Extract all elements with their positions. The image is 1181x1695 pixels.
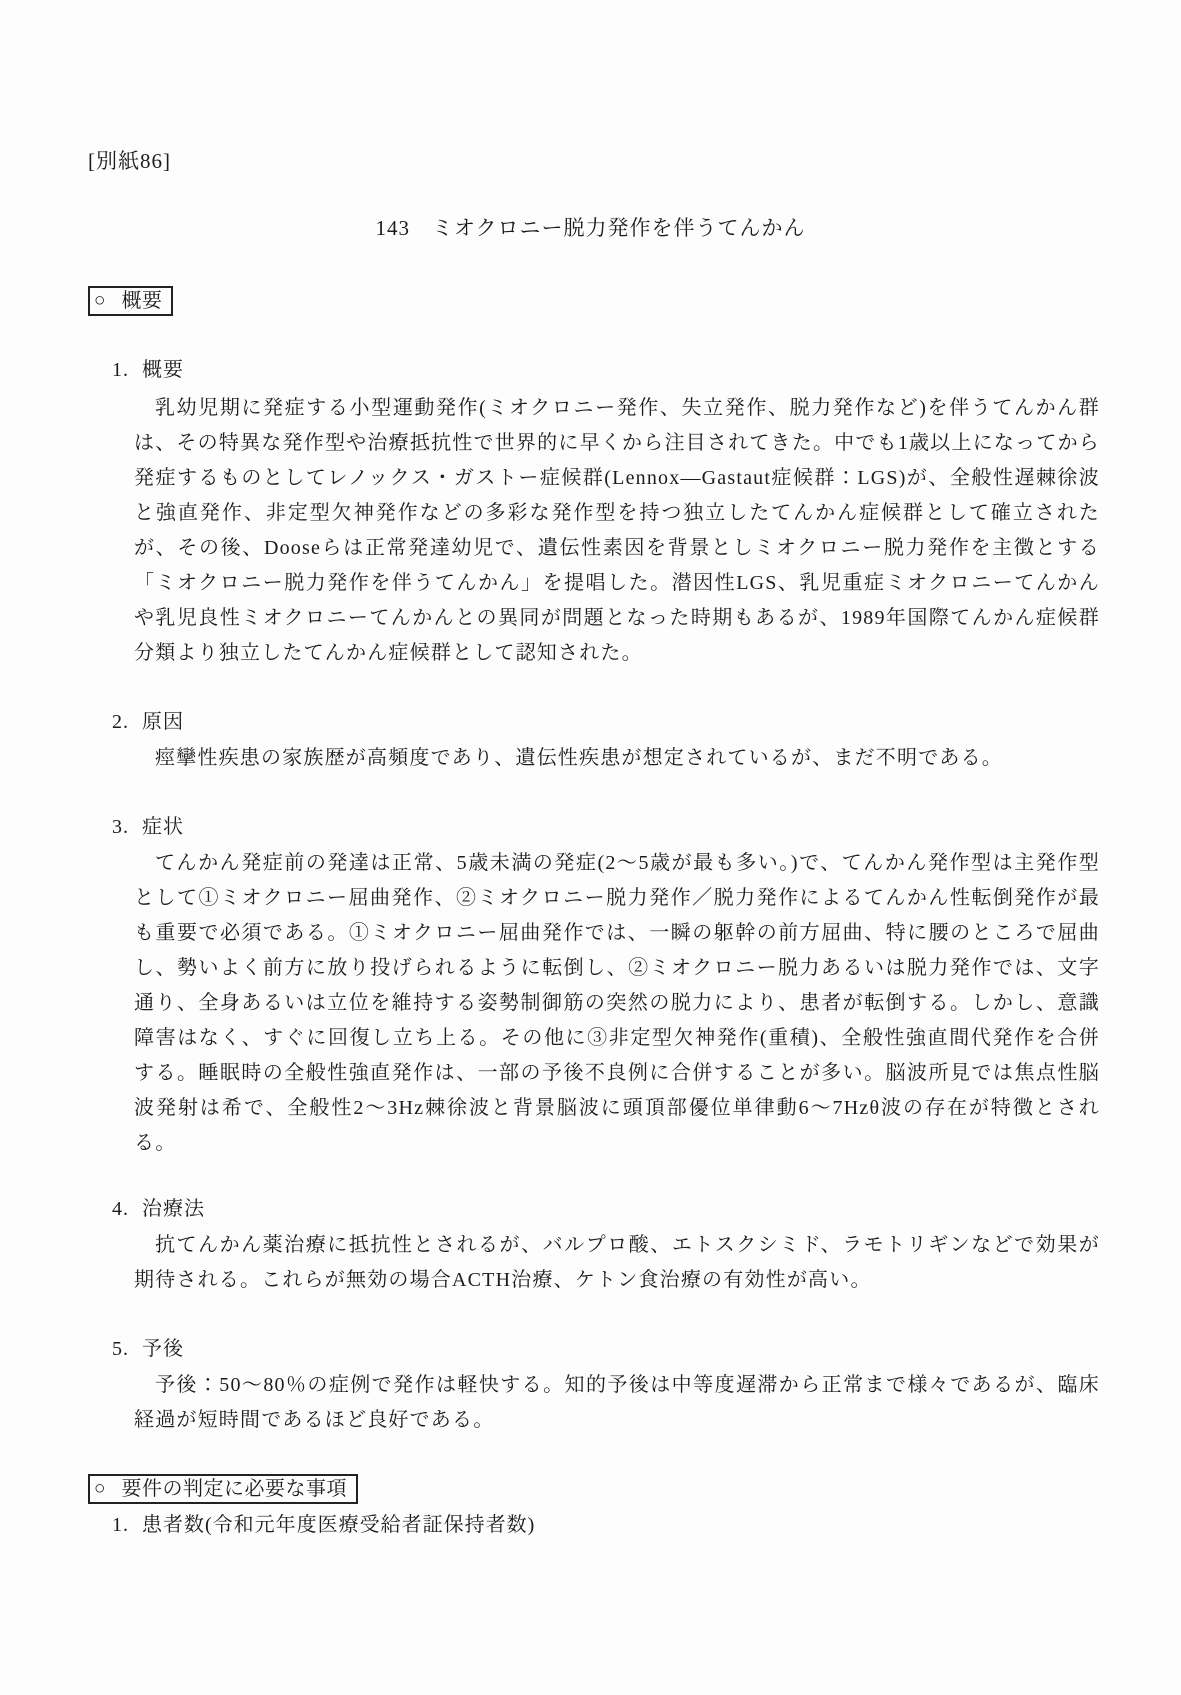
section-heading-symptoms: 3.症状 <box>112 814 184 840</box>
overview-section-header-label: 概要 <box>121 290 162 312</box>
section-number: 4. <box>112 1196 142 1222</box>
requirement-item-patient-count: 1.患者数(令和元年度医療受給者証保持者数) <box>112 1512 535 1538</box>
requirement-item-number: 1. <box>112 1512 142 1538</box>
requirements-section-header-label: 要件の判定に必要な事項 <box>121 1478 347 1500</box>
section-label: 症状 <box>142 816 184 838</box>
circle-bullet-icon: ○ <box>94 1478 105 1500</box>
requirements-section-header: ○ 要件の判定に必要な事項 <box>88 1474 358 1504</box>
section-heading-treatment: 4.治療法 <box>112 1196 205 1222</box>
section-body-cause: 痙攣性疾患の家族歴が高頻度であり、遺伝性疾患が想定されているが、まだ不明である。 <box>134 741 1100 776</box>
section-number: 1. <box>112 357 142 383</box>
section-label: 概要 <box>142 359 184 381</box>
section-number: 5. <box>112 1336 142 1362</box>
section-label: 原因 <box>142 711 184 733</box>
page-title: 143 ミオクロニー脱力発作を伴うてんかん <box>0 214 1181 242</box>
section-label: 予後 <box>142 1338 184 1360</box>
section-heading-overview: 1.概要 <box>112 357 184 383</box>
section-number: 2. <box>112 709 142 735</box>
section-body-treatment: 抗てんかん薬治療に抵抗性とされるが、バルプロ酸、エトスクシミド、ラモトリギンなど… <box>134 1228 1100 1298</box>
overview-section-header: ○ 概要 <box>88 286 173 316</box>
circle-bullet-icon: ○ <box>94 290 105 312</box>
document-page: [別紙86] 143 ミオクロニー脱力発作を伴うてんかん ○ 概要 1.概要 乳… <box>0 0 1181 1695</box>
section-body-symptoms: てんかん発症前の発達は正常、5歳未満の発症(2〜5歳が最も多い。)で、てんかん発… <box>134 846 1100 1161</box>
section-heading-prognosis: 5.予後 <box>112 1336 184 1362</box>
section-heading-cause: 2.原因 <box>112 709 184 735</box>
section-label: 治療法 <box>142 1198 205 1220</box>
section-number: 3. <box>112 814 142 840</box>
section-body-prognosis: 予後：50〜80％の症例で発作は軽快する。知的予後は中等度遅滞から正常まで様々で… <box>134 1368 1100 1438</box>
requirement-item-text: 患者数(令和元年度医療受給者証保持者数) <box>142 1514 535 1536</box>
attachment-label: [別紙86] <box>88 148 171 174</box>
section-body-overview: 乳幼児期に発症する小型運動発作(ミオクロニー発作、失立発作、脱力発作など)を伴う… <box>134 391 1100 671</box>
